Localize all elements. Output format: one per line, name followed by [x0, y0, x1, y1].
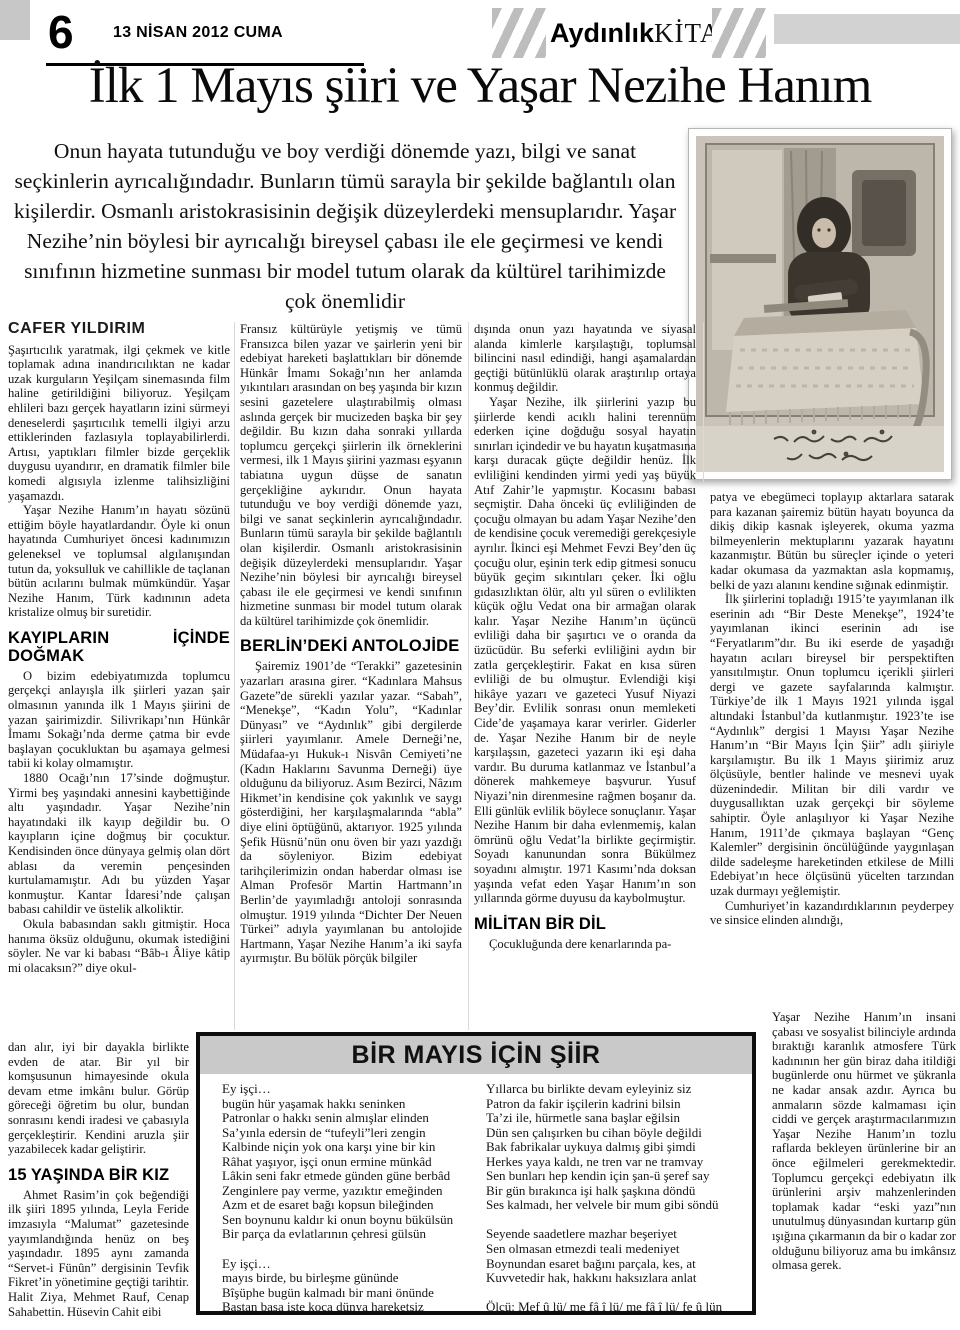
- paragraph: Yaşar Nezihe, ilk şiirlerini yazıp bu şi…: [474, 395, 696, 906]
- article-column-1-continued: dan alır, iyi bir dayakla birlikte evden…: [8, 1040, 189, 1316]
- poem-column-left: Ey işçi… bugün hür yaşamak hakkı seninke…: [222, 1082, 476, 1315]
- paragraph: Yaşar Nezihe Hanım’ın insani çabası ve s…: [772, 1010, 956, 1273]
- poem-column-right: Yıllarca bu birlikte devam eyleyiniz siz…: [486, 1082, 738, 1315]
- column-rule: [468, 322, 469, 1030]
- photo-illustration: [696, 136, 944, 472]
- brand-name: Aydınlık: [550, 18, 654, 48]
- paragraph: Cumhuriyet’in kazandırdıklarının peyderp…: [710, 899, 954, 928]
- paragraph: Çocukluğunda dere kenarlarında pa-: [474, 937, 696, 952]
- issue-date: 13 NİSAN 2012 CUMA: [113, 24, 283, 42]
- diagonal-hatch-icon: [712, 8, 766, 58]
- diagonal-hatch-icon: [492, 8, 546, 58]
- poem-title: BİR MAYIS İÇİN ŞİİR: [352, 1041, 601, 1070]
- article-column-3: dışında onun yazı hayatında ve siyasal a…: [474, 322, 696, 1034]
- corner-gray-block: [0, 0, 30, 40]
- paragraph: Ahmet Rasim’in çok beğendiği ilk şiiri 1…: [8, 1188, 189, 1316]
- header-gray-bar: [774, 14, 960, 44]
- poem-box: BİR MAYIS İÇİN ŞİİR Ey işçi… bugün hür y…: [196, 1032, 756, 1315]
- paragraph: Şaşırtıcılık yaratmak, ilgi çekmek ve ki…: [8, 343, 230, 504]
- byline: CAFER YILDIRIM: [8, 322, 230, 337]
- article-column-4-continued: Yaşar Nezihe Hanım’ın insani çabası ve s…: [772, 1010, 956, 1318]
- page-number: 6: [48, 2, 74, 62]
- newspaper-page: 6 13 NİSAN 2012 CUMA AydınlıkKİTAP İlk 1…: [0, 0, 960, 1330]
- paragraph: Fransız kültürüyle yetişmiş ve tümü Fran…: [240, 322, 462, 628]
- paragraph: patya ve ebegümeci toplayıp aktarlara sa…: [710, 490, 954, 592]
- paragraph: dışında onun yazı hayatında ve siyasal a…: [474, 322, 696, 395]
- yasar-nezihe-photo: [688, 128, 952, 480]
- paragraph: O bizim edebiyatımızda toplumcu gerçekçi…: [8, 669, 230, 771]
- paragraph: 1880 Ocağı’nın 17’sinde doğmuştur. Yirmi…: [8, 771, 230, 917]
- column-rule: [234, 322, 235, 1030]
- paragraph: dan alır, iyi bir dayakla birlikte evden…: [8, 1040, 189, 1157]
- article-column-4: patya ve ebegümeci toplayıp aktarlara sa…: [710, 490, 954, 1008]
- poem-title-bar: BİR MAYIS İÇİN ŞİİR: [200, 1036, 752, 1074]
- masthead: AydınlıkKİTAP: [550, 18, 710, 49]
- article-column-2: Fransız kültürüyle yetişmiş ve tümü Fran…: [240, 322, 462, 1034]
- paragraph: Yaşar Nezihe Hanım’ın hayatı sözünü etti…: [8, 503, 230, 620]
- section-heading-militan-bir-dil: MİLİTAN BİR DİL: [474, 915, 696, 933]
- column-rule: [703, 322, 704, 482]
- standfirst: Onun hayata tutunduğu ve boy verdiği dön…: [6, 136, 684, 320]
- article-column-1: CAFER YILDIRIM Şaşırtıcılık yaratmak, il…: [8, 322, 230, 1034]
- paragraph: Okula babasından saklı gitmiştir. Hoca h…: [8, 917, 230, 975]
- section-heading-kayiplarin-icinde-dogmak: KAYIPLARIN İÇİNDE DOĞMAK: [8, 629, 230, 665]
- section-heading-15-yasinda-bir-kiz: 15 YAŞINDA BİR KIZ: [8, 1166, 189, 1184]
- paragraph: Şairemiz 1901’de “Terakki” gazetesinin y…: [240, 659, 462, 965]
- paragraph: İlk şiirlerini topladığı 1915’te yayımla…: [710, 592, 954, 898]
- poem-columns: Ey işçi… bugün hür yaşamak hakkı seninke…: [200, 1074, 752, 1315]
- section-heading-berlindeki-antolojide: BERLİN’DEKİ ANTOLOJİDE: [240, 637, 462, 655]
- headline: İlk 1 Mayıs şiiri ve Yaşar Nezihe Hanım: [0, 56, 960, 116]
